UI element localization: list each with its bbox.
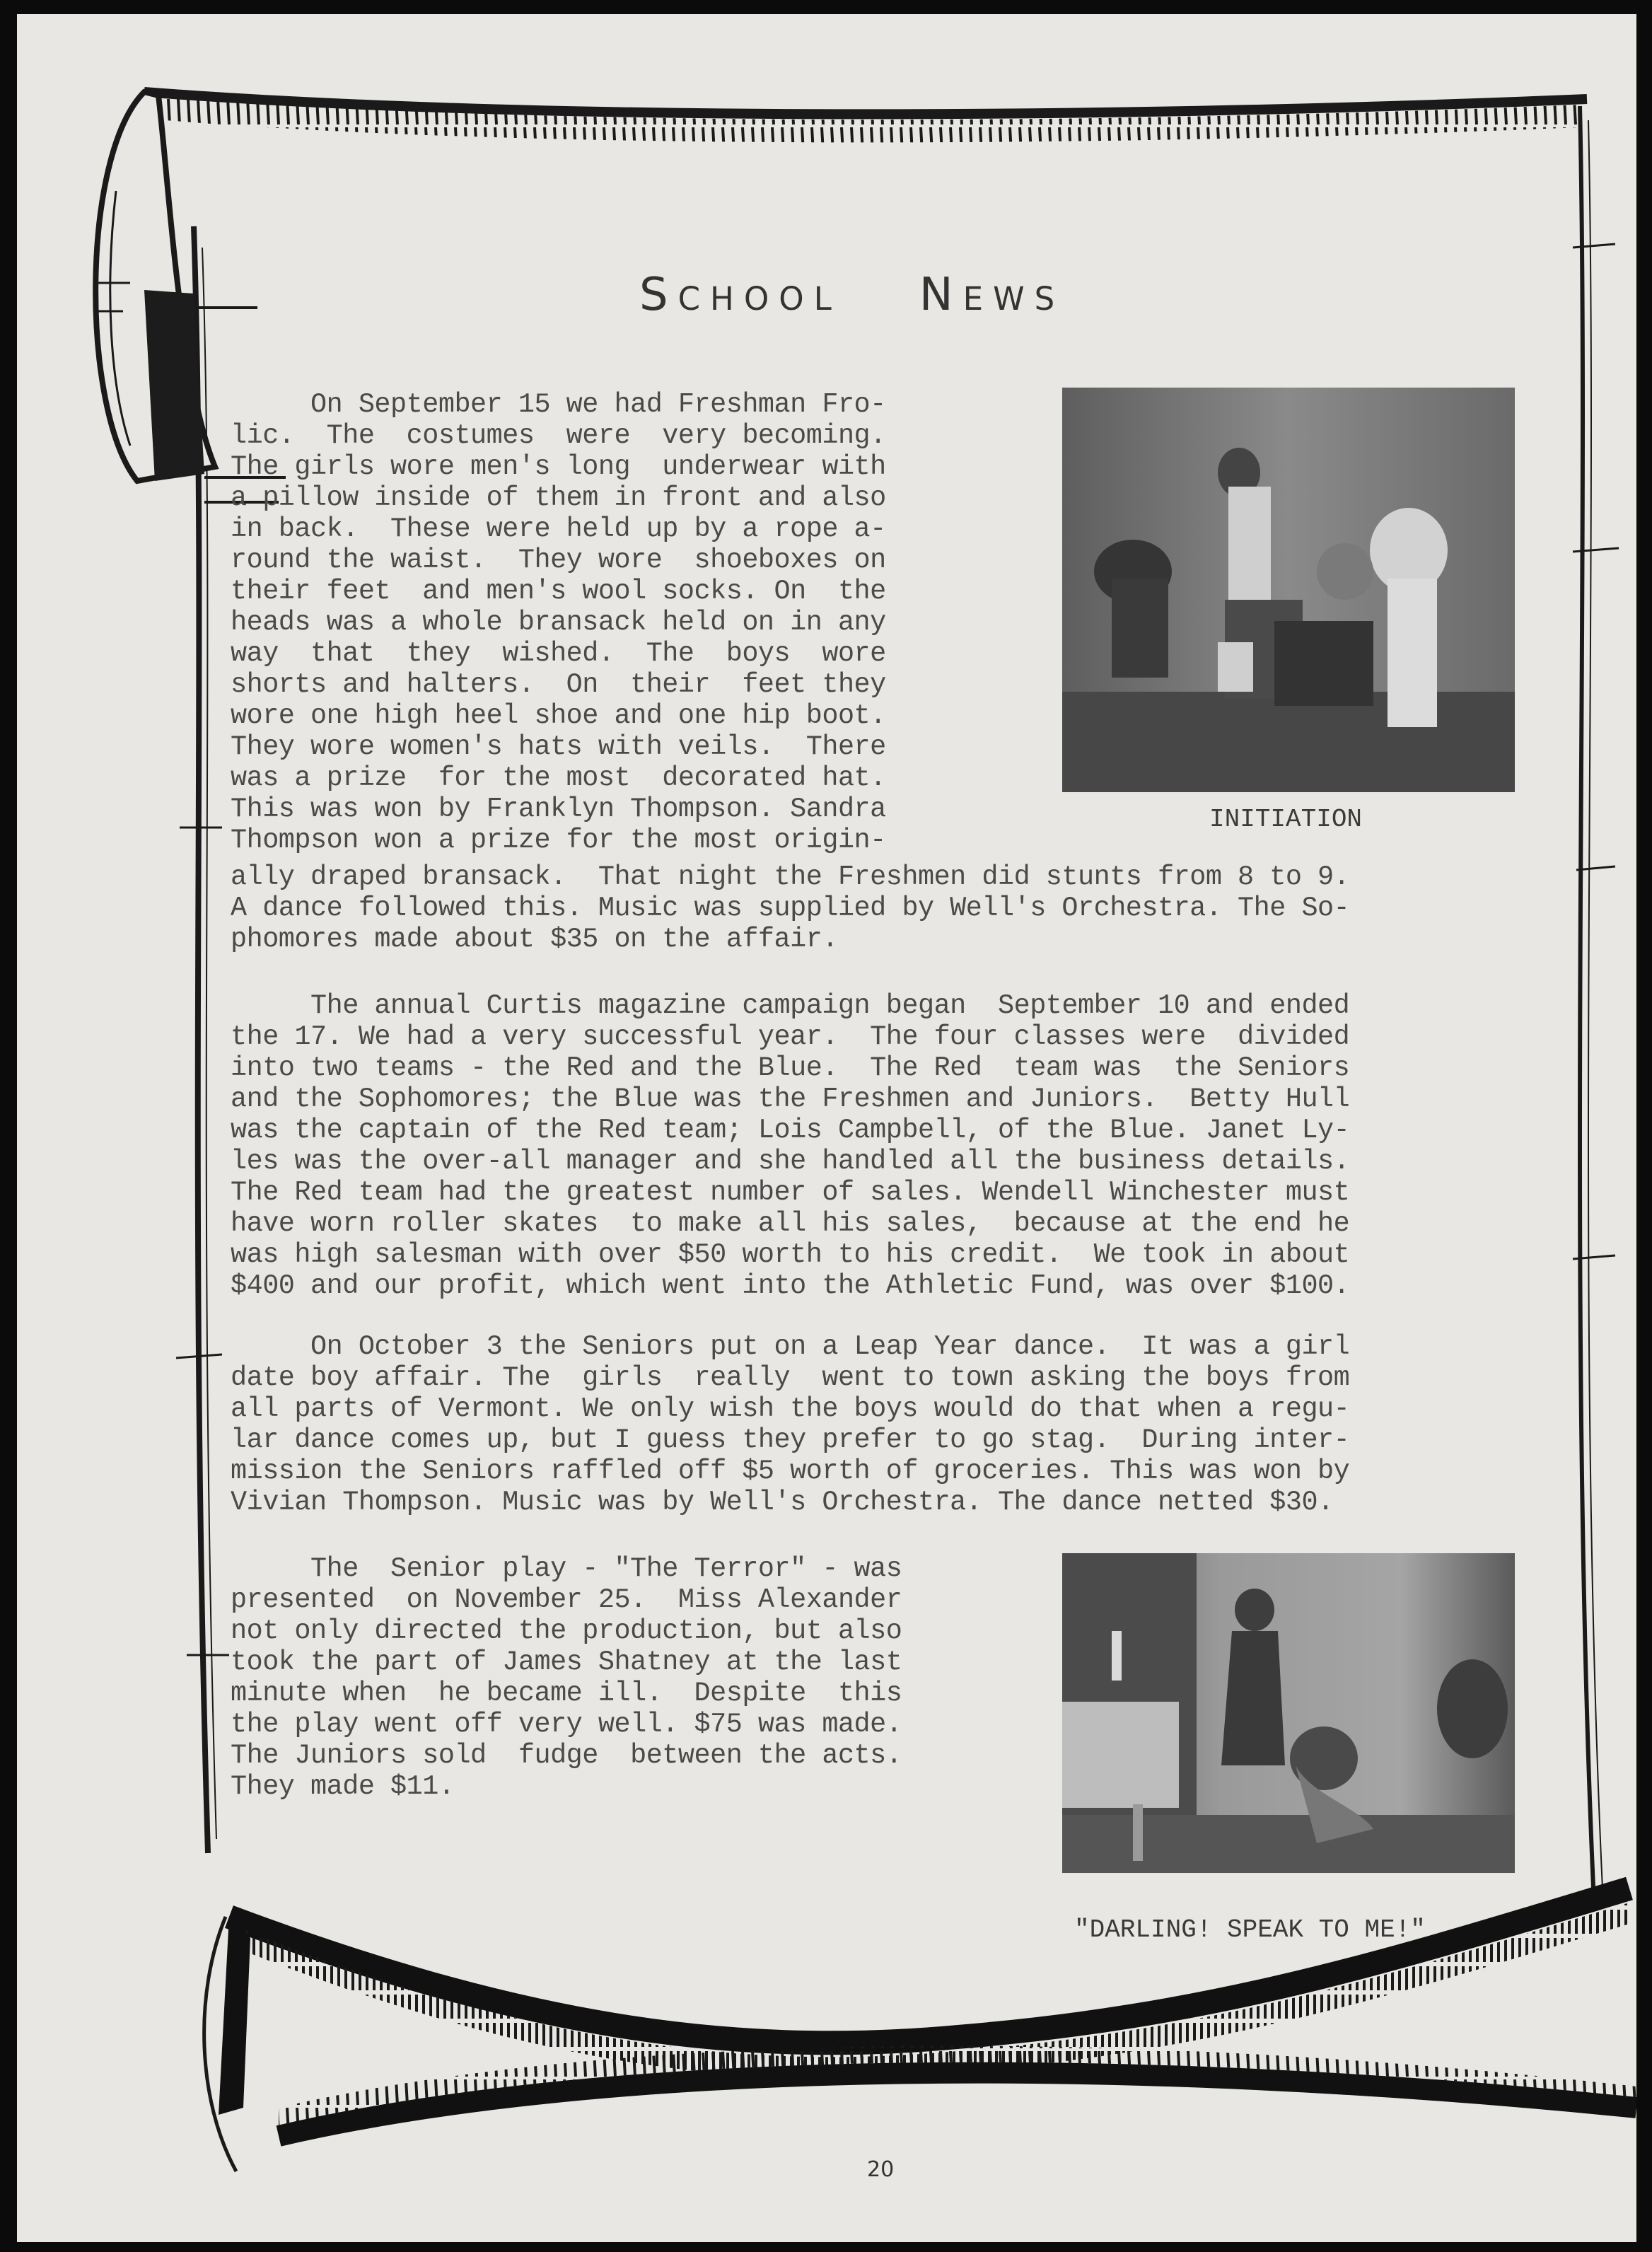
article-senior-play: The Senior play - "The Terror" - waspres… <box>231 1553 902 1802</box>
text-line: Vivian Thompson. Music was by Well's Orc… <box>231 1487 1349 1518</box>
photo-initiation <box>1062 388 1515 792</box>
text-line: On September 15 we had Freshman Fro- <box>231 389 886 420</box>
text-line: The Juniors sold fudge between the acts. <box>231 1740 902 1771</box>
text-line: wore one high heel shoe and one hip boot… <box>231 700 886 731</box>
text-line: Thompson won a prize for the most origin… <box>231 825 886 856</box>
text-line: heads was a whole bransack held on in an… <box>231 607 886 638</box>
text-line: all parts of Vermont. We only wish the b… <box>231 1393 1349 1424</box>
text-line: the 17. We had a very successful year. T… <box>231 1021 1349 1052</box>
text-line: les was the over-all manager and she han… <box>231 1146 1349 1177</box>
article-leap-year-dance: On October 3 the Seniors put on a Leap Y… <box>231 1331 1349 1518</box>
text-line: lic. The costumes were very becoming. <box>231 420 886 451</box>
yearbook-page: SchoolNews On September 15 we had Freshm… <box>17 14 1636 2242</box>
text-line: A dance followed this. Music was supplie… <box>231 893 1349 924</box>
text-line: have worn roller skates to make all his … <box>231 1208 1349 1239</box>
text-line: ally draped bransack. That night the Fre… <box>231 861 1349 893</box>
text-line: round the waist. They wore shoeboxes on <box>231 545 886 576</box>
text-line: was a prize for the most decorated hat. <box>231 762 886 794</box>
text-line: date boy affair. The girls really went t… <box>231 1362 1349 1393</box>
text-line: the play went off very well. $75 was mad… <box>231 1709 902 1740</box>
text-line: This was won by Franklyn Thompson. Sandr… <box>231 794 886 825</box>
text-line: The Red team had the greatest number of … <box>231 1177 1349 1208</box>
text-line: The girls wore men's long underwear with <box>231 451 886 482</box>
text-line: lar dance comes up, but I guess they pre… <box>231 1424 1349 1456</box>
text-line: their feet and men's wool socks. On the <box>231 576 886 607</box>
text-line: The Senior play - "The Terror" - was <box>231 1553 902 1584</box>
text-line: They made $11. <box>231 1771 902 1802</box>
text-line: not only directed the production, but al… <box>231 1615 902 1647</box>
caption-initiation: INITIATION <box>1209 805 1362 834</box>
text-line: and the Sophomores; the Blue was the Fre… <box>231 1084 1349 1115</box>
page-number: 20 <box>867 2157 894 2182</box>
caption-senior-play: "DARLING! SPEAK TO ME!" <box>1074 1915 1426 1944</box>
article-curtis-campaign: The annual Curtis magazine campaign bega… <box>231 990 1349 1301</box>
page-title: SchoolNews <box>639 269 1064 321</box>
text-line: presented on November 25. Miss Alexander <box>231 1584 902 1615</box>
senior-play-photo-image <box>1062 1553 1515 1873</box>
text-line: The annual Curtis magazine campaign bega… <box>231 990 1349 1021</box>
text-line: was the captain of the Red team; Lois Ca… <box>231 1115 1349 1146</box>
text-line: They wore women's hats with veils. There <box>231 731 886 762</box>
text-line: into two teams - the Red and the Blue. T… <box>231 1052 1349 1084</box>
text-line: $400 and our profit, which went into the… <box>231 1270 1349 1301</box>
title-word-school: School <box>639 269 842 321</box>
text-line: took the part of James Shatney at the la… <box>231 1647 902 1678</box>
article-freshman-frolic-narrow: On September 15 we had Freshman Fro-lic.… <box>231 389 886 856</box>
text-line: shorts and halters. On their feet they <box>231 669 886 700</box>
text-line: On October 3 the Seniors put on a Leap Y… <box>231 1331 1349 1362</box>
title-word-news: News <box>919 269 1064 321</box>
initiation-photo-image <box>1062 388 1515 792</box>
text-line: was high salesman with over $50 worth to… <box>231 1239 1349 1270</box>
photo-senior-play <box>1062 1553 1515 1873</box>
article-freshman-frolic-wide: ally draped bransack. That night the Fre… <box>231 861 1349 955</box>
text-line: mission the Seniors raffled off $5 worth… <box>231 1456 1349 1487</box>
text-line: phomores made about $35 on the affair. <box>231 924 1349 955</box>
text-line: minute when he became ill. Despite this <box>231 1678 902 1709</box>
text-line: in back. These were held up by a rope a- <box>231 513 886 545</box>
text-line: way that they wished. The boys wore <box>231 638 886 669</box>
text-line: a pillow inside of them in front and als… <box>231 482 886 513</box>
